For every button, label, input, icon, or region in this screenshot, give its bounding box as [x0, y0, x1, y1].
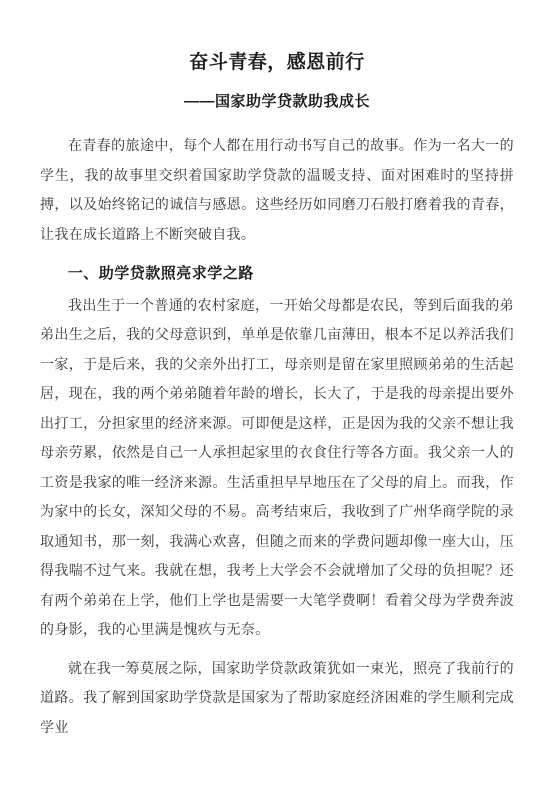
document-page: 奋斗青春，感恩前行 ——国家助学贷款助我成长 在青春的旅途中，每个人都在用行动书…	[0, 0, 554, 787]
intro-paragraph: 在青春的旅途中，每个人都在用行动书写自己的故事。作为一名大一的学生，我的故事里交…	[40, 132, 514, 250]
section-paragraph-2: 就在我一筹莫展之际，国家助学贷款政策犹如一束光，照亮了我前行的道路。我了解到国家…	[40, 655, 514, 744]
document-title: 奋斗青春，感恩前行	[40, 48, 514, 78]
document-subtitle: ——国家助学贷款助我成长	[40, 90, 514, 114]
section-paragraph-1: 我出生于一个普通的农村家庭，一开始父母都是农民，等到后面我的弟弟出生之后，我的父…	[40, 292, 514, 646]
document-content: 奋斗青春，感恩前行 ——国家助学贷款助我成长 在青春的旅途中，每个人都在用行动书…	[0, 48, 554, 743]
section-heading: 一、助学贷款照亮求学之路	[40, 259, 514, 289]
